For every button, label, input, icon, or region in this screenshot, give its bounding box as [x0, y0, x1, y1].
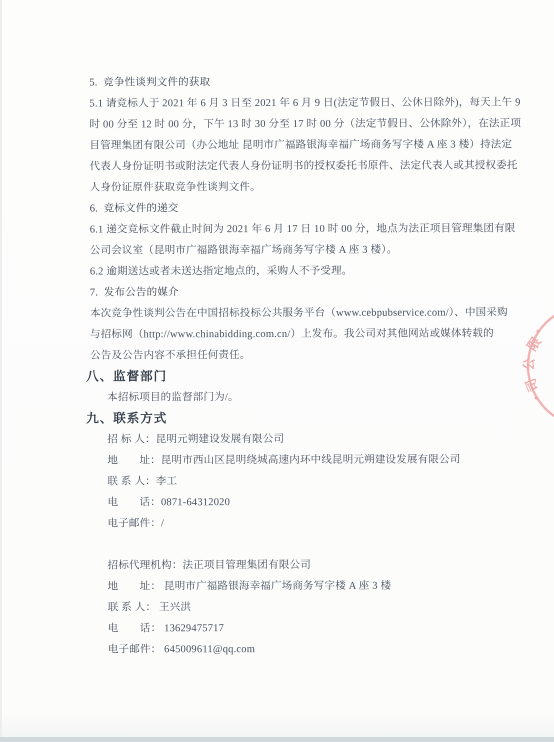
agency-email-label: 电子邮件：: [108, 644, 162, 655]
tenderer-contact-value: 李工: [156, 476, 177, 487]
section-8-heading: 八、监督部门: [86, 365, 488, 387]
paragraph-6-1-line-1: 6.1 递交竞标文件截止时间为 2021 年 6 月 17 日 10 时 00 …: [90, 218, 488, 240]
agency-org-row: 招标代理机构：法正项目管理集团有限公司: [91, 554, 489, 576]
paragraph-5-1-line-3: 目管理集团有限公司（办公地址 昆明市广福路银海幸福广场商务写字楼 A 座 3 楼…: [89, 134, 487, 156]
tenderer-phone-row: 电 话：0871-64312020: [90, 491, 488, 513]
agency-org-label: 招标代理机构：: [108, 560, 183, 571]
agency-phone-value: 13629475717: [161, 623, 224, 634]
paragraph-7-line-3: 公告及公告内容不承担任何责任。: [90, 344, 488, 366]
section-5-heading: 5. 竞争性谈判文件的获取: [89, 71, 487, 93]
tenderer-email-label: 电子邮件：: [107, 518, 161, 529]
tenderer-address-label: 地 址：: [107, 455, 161, 466]
agency-email-row: 电子邮件： 645009611@qq.com: [91, 638, 489, 660]
tenderer-email-value: /: [161, 518, 164, 529]
tenderer-name-row: 招 标 人：昆明元朔建设发展有限公司: [90, 428, 488, 450]
tenderer-contact-row: 联 系 人：李工: [90, 470, 488, 492]
tenderer-name-value: 昆明元朔建设发展有限公司: [156, 434, 284, 445]
section-8-body: 本招标项目的监督部门为/。: [90, 386, 488, 408]
paragraph-5-1-line-5: 人身份证原件获取竞争性谈判文件。: [90, 176, 488, 198]
agency-address-row: 地 址： 昆明市广福路银海幸福广场商务写字楼 A 座 3 楼: [91, 575, 489, 597]
paragraph-6-2: 6.2 逾期送达或者未送达指定地点的，采购人不予受理。: [90, 260, 488, 282]
scanned-page: 5. 竞争性谈判文件的获取 5.1 请竞标人于 2021 年 6 月 3 日至 …: [0, 0, 554, 742]
paragraph-6-1-line-2: 公司会议室（昆明市广福路银海幸福广场商务写字楼 A 座 3 楼）。: [90, 239, 488, 261]
tenderer-address-value: 昆明市西山区昆明绕城高速内环中线昆明元朔建设发展有限公司: [161, 455, 461, 467]
tenderer-contact-label: 联 系 人：: [107, 476, 155, 487]
agency-address-value: 昆明市广福路银海幸福广场商务写字楼 A 座 3 楼: [161, 581, 391, 593]
tenderer-name-label: 招 标 人：: [107, 434, 155, 445]
agency-contact-label: 联 系 人：: [108, 602, 156, 613]
agency-phone-label: 电 话：: [108, 623, 162, 634]
paragraph-5-1-line-4: 代表人身份证明书或附法定代表人身份证明书的授权委托书原件、法定代表人或其授权委托: [90, 155, 488, 177]
tenderer-email-row: 电子邮件：/: [90, 512, 488, 534]
agency-contact-value: 王兴洪: [156, 602, 191, 613]
tenderer-address-row: 地 址：昆明市西山区昆明绕城高速内环中线昆明元朔建设发展有限公司: [90, 449, 488, 471]
agency-org-value: 法正项目管理集团有限公司: [183, 560, 311, 571]
agency-contact-row: 联 系 人： 王兴洪: [91, 596, 489, 618]
scan-edge-shadow: [0, 737, 554, 742]
paragraph-5-1-line-1: 5.1 请竞标人于 2021 年 6 月 3 日至 2021 年 6 月 9 日…: [89, 92, 487, 114]
tenderer-phone-value: 0871-64312020: [161, 497, 230, 508]
spacer-line: [91, 533, 489, 555]
section-6-heading: 6. 竞标文件的递交: [90, 197, 488, 219]
tenderer-phone-label: 电 话：: [107, 497, 161, 508]
section-7-heading: 7. 发布公告的媒介: [90, 281, 488, 303]
agency-address-label: 地 址：: [108, 581, 162, 592]
agency-phone-row: 电 话： 13629475717: [91, 617, 489, 639]
agency-email-value: 645009611@qq.com: [161, 644, 255, 655]
paragraph-7-line-2: 与招标网（http://www.chinabidding.com.cn/）上发布…: [90, 323, 488, 345]
document-body: 5. 竞争性谈判文件的获取 5.1 请竞标人于 2021 年 6 月 3 日至 …: [0, 0, 554, 661]
paragraph-7-line-1: 本次竞争性谈判公告在中国招标投标公共服务平台（www.cebpubservice…: [90, 302, 488, 324]
section-9-heading: 九、联系方式: [86, 407, 488, 429]
paragraph-5-1-line-2: 时 00 分至 12 时 00 分，下午 13 时 30 分至 17 时 00 …: [89, 113, 487, 135]
